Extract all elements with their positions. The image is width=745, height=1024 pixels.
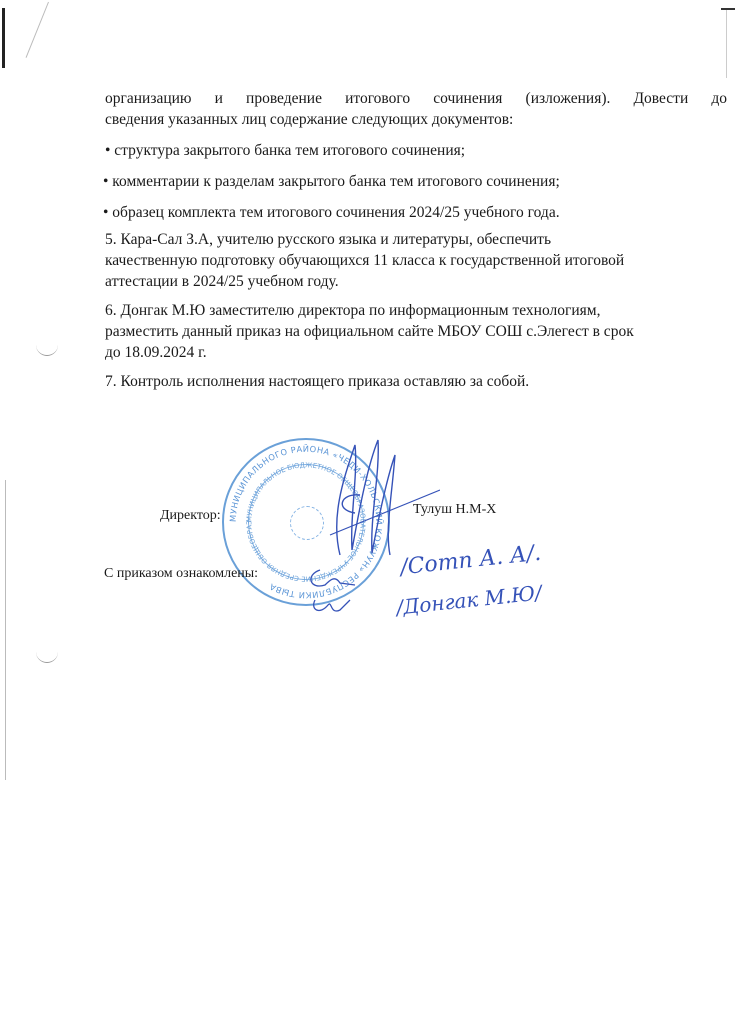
scan-streak (26, 2, 49, 58)
handwritten-name-2: /Донгак М.Ю/ (395, 580, 543, 619)
scan-edge-left (2, 8, 5, 68)
item-7-text: 7. Контроль исполнения настоящего приказ… (105, 371, 727, 392)
scan-edge-top (721, 8, 735, 10)
intro-line-1: организацию и проведение итогового сочин… (105, 88, 727, 109)
acknowledged-signature-1-scribble (300, 555, 380, 625)
intro-line-2: сведения указанных лиц содержание следую… (105, 109, 727, 130)
bullet-item: • структура закрытого банка тем итоговог… (105, 140, 727, 161)
punch-hole-mark (36, 345, 58, 356)
bullet-item: • комментарии к разделам закрытого банка… (103, 171, 727, 192)
acknowledged-label: С приказом ознакомлены: (104, 566, 258, 582)
item-6-line-1: 6. Донгак М.Ю заместителю директора по и… (105, 300, 727, 321)
director-label: Директор: (160, 508, 221, 524)
bullet-item: • образец комплекта тем итогового сочине… (103, 202, 727, 223)
item-7: 7. Контроль исполнения настоящего приказ… (105, 371, 727, 392)
item-5-line-2: качественную подготовку обучающихся 11 к… (105, 250, 727, 271)
scan-edge-right (726, 8, 727, 78)
item-5: 5. Кара-Сал З.А, учителю русского языка … (105, 229, 727, 292)
scan-edge-left-line (5, 480, 6, 780)
item-6: 6. Донгак М.Ю заместителю директора по и… (105, 300, 727, 363)
item-6-line-3: до 18.09.2024 г. (105, 342, 727, 363)
item-5-line-3: аттестации в 2024/25 учебном году. (105, 271, 727, 292)
item-5-line-1: 5. Кара-Сал З.А, учителю русского языка … (105, 229, 727, 250)
item-6-line-2: разместить данный приказ на официальном … (105, 321, 727, 342)
punch-hole-mark (36, 652, 58, 663)
document-body: организацию и проведение итогового сочин… (105, 88, 727, 392)
